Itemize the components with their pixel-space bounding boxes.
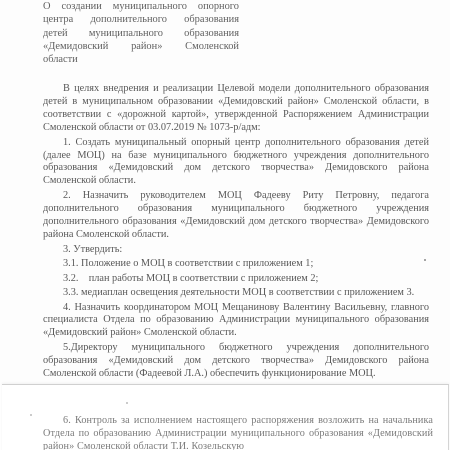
item-6-text: 6. Контроль за исполнением настоящего ра… — [43, 415, 433, 450]
item-1-paragraph: 1. Создать муниципальный опорный центр д… — [43, 137, 429, 189]
document-body: В целях внедрения и реализации Целевой м… — [43, 83, 429, 383]
item-6-paragraph: 6. Контроль за исполнением настоящего ра… — [43, 414, 433, 450]
item-2-paragraph: 2. Назначить руководителем МОЦ Фадееву Р… — [43, 190, 429, 242]
item-3-1: 3.1. Положение о МОЦ в соответствии с пр… — [43, 258, 429, 271]
title-line: области — [43, 53, 239, 66]
item-3-2: 3.2. план работы МОЦ в соответствии с пр… — [43, 273, 429, 286]
document-page-2: 6. Контроль за исполнением настоящего ра… — [2, 384, 449, 450]
title-line: центра дополнительного образования — [43, 13, 239, 26]
title-line: О создании муниципального опорного — [43, 0, 239, 13]
title-line: «Демидовский район» Смоленской — [43, 40, 239, 53]
scan-speck — [126, 402, 128, 404]
scan-speck — [424, 259, 426, 261]
scan-speck — [30, 414, 32, 416]
document-title: О создании муниципального опорного центр… — [43, 0, 239, 66]
item-3-3: 3.3. медиаплан освещения деятельности МО… — [43, 287, 429, 300]
preamble-paragraph: В целях внедрения и реализации Целевой м… — [43, 83, 429, 135]
item-4-paragraph: 4. Назначить координатором МОЦ Мещанинов… — [43, 302, 429, 341]
item-5-paragraph: 5.Директору муниципального бюджетного уч… — [43, 342, 429, 381]
title-line: детей муниципального образования — [43, 27, 239, 40]
item-3-heading: 3. Утвердить: — [43, 244, 429, 257]
document-page-1: О создании муниципального опорного центр… — [0, 0, 450, 385]
